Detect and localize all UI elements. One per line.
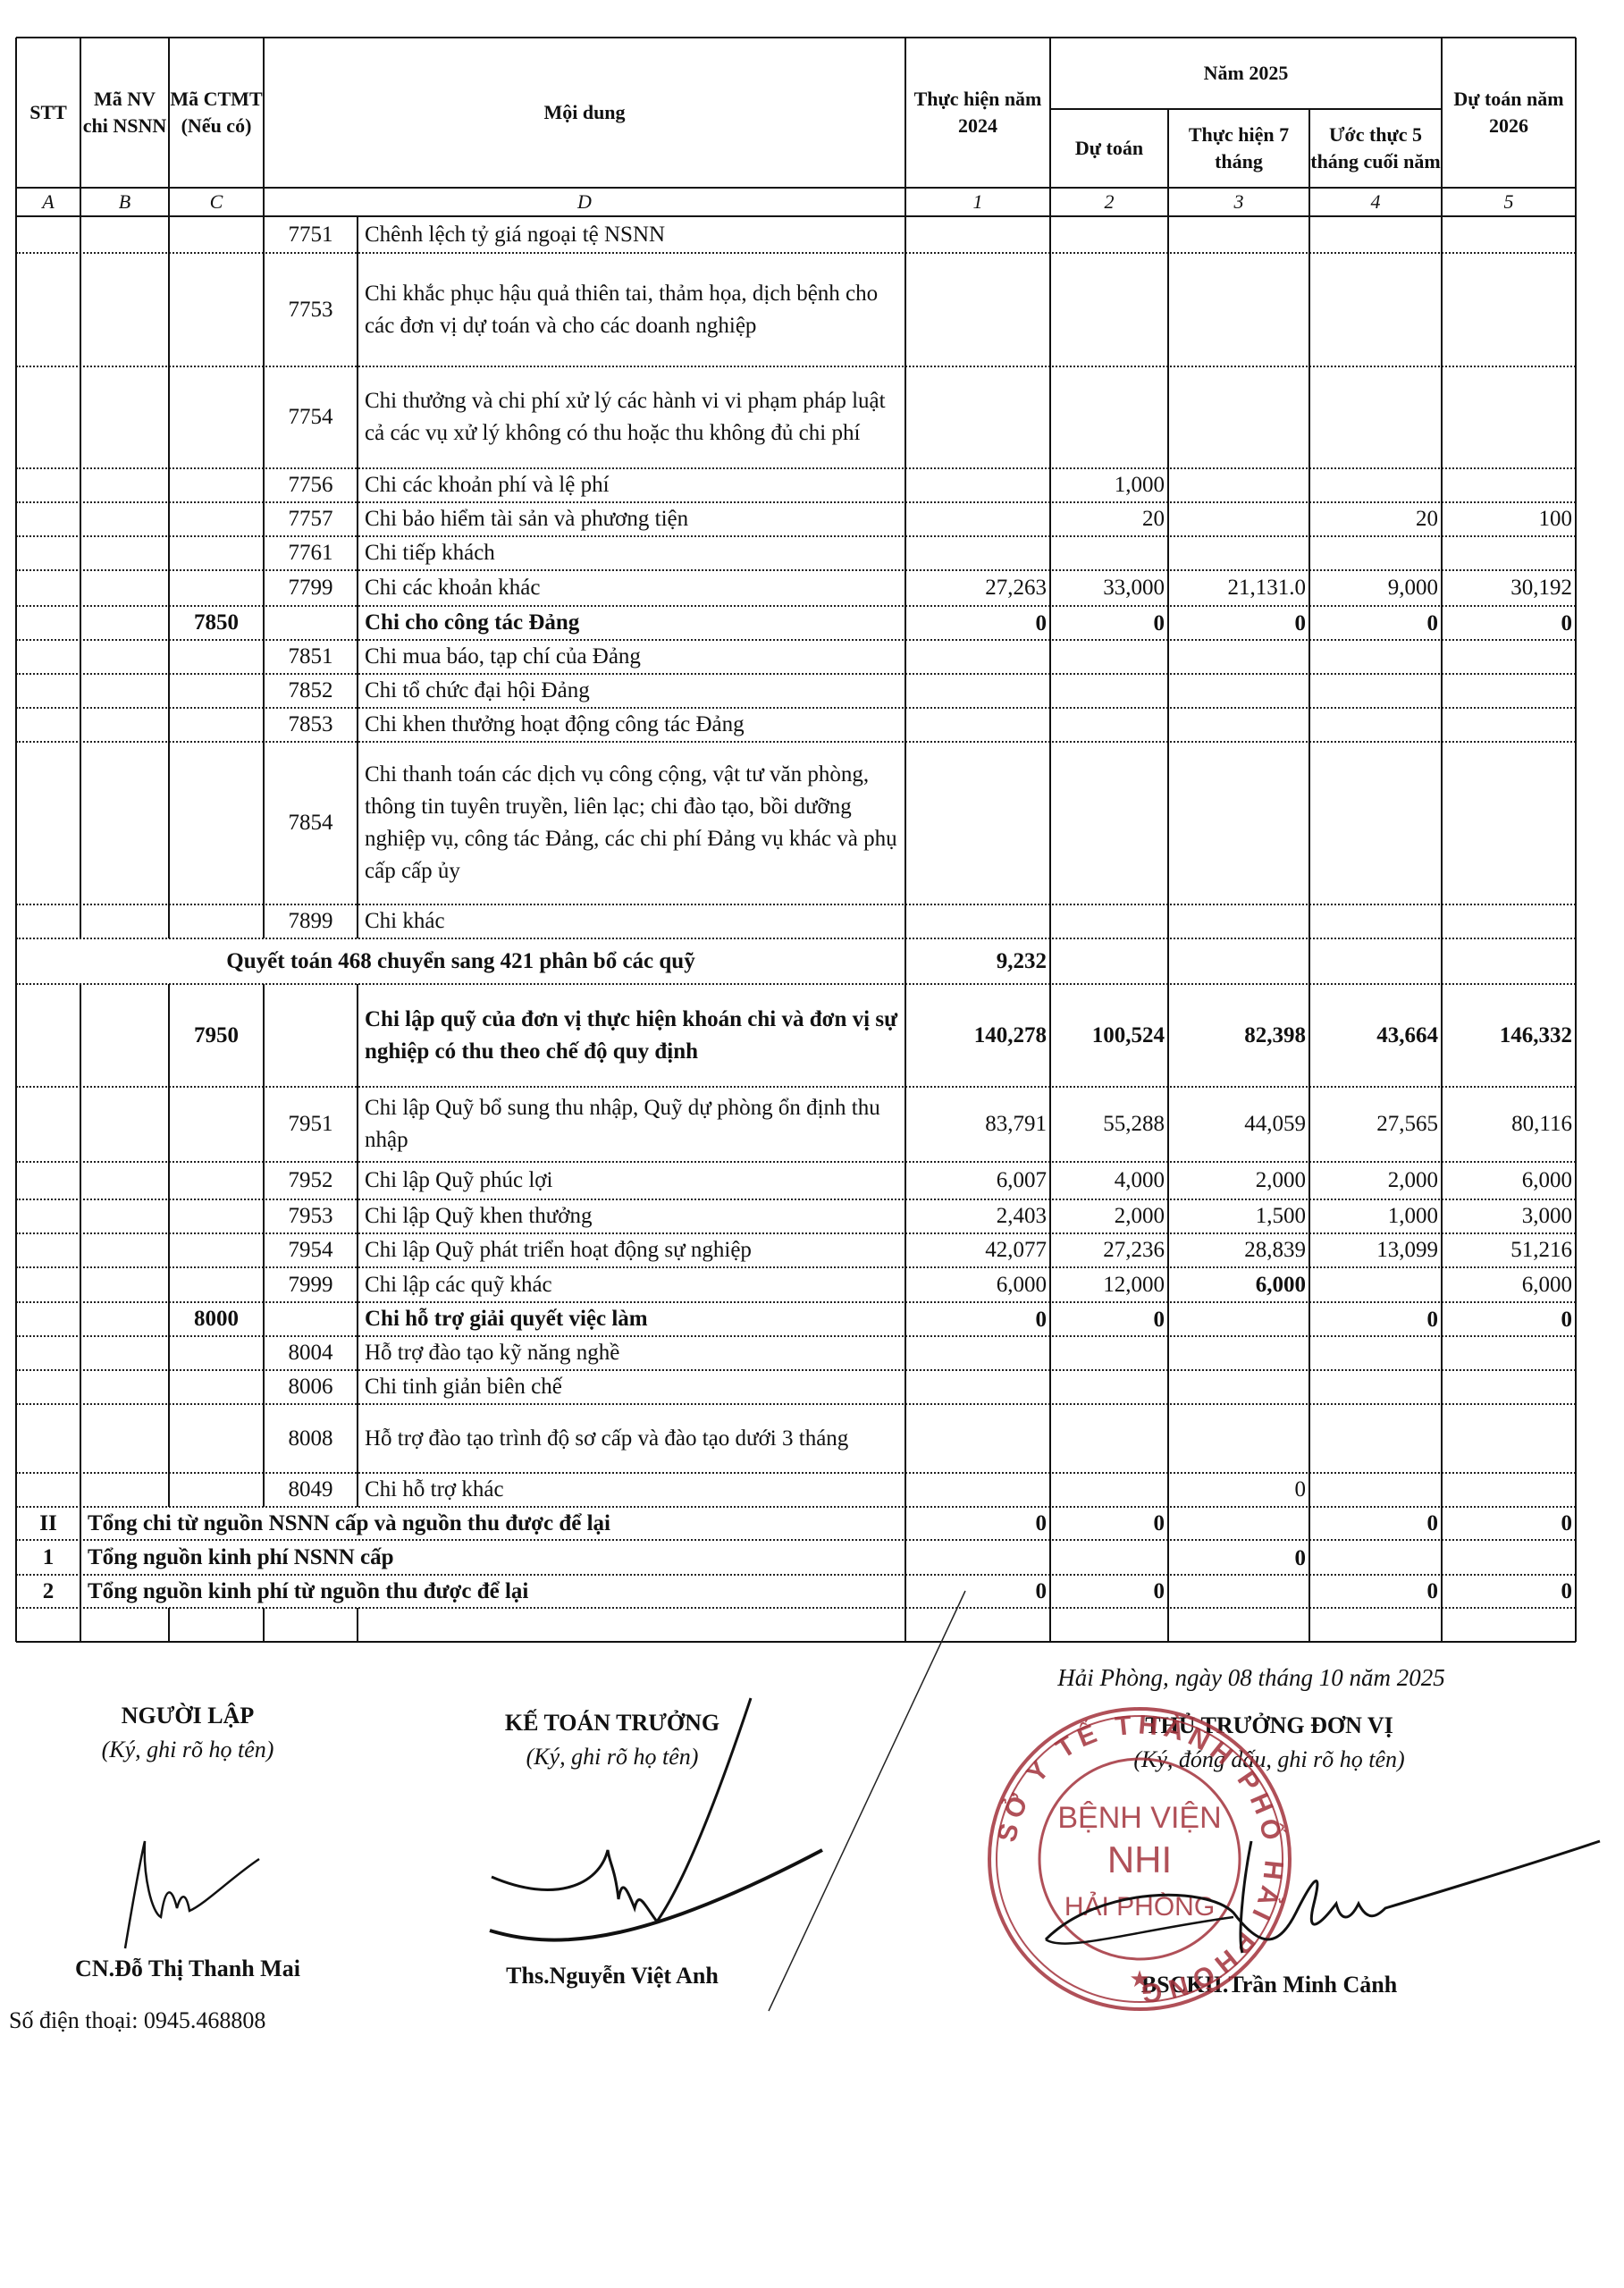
scan-line — [0, 0, 1624, 2288]
